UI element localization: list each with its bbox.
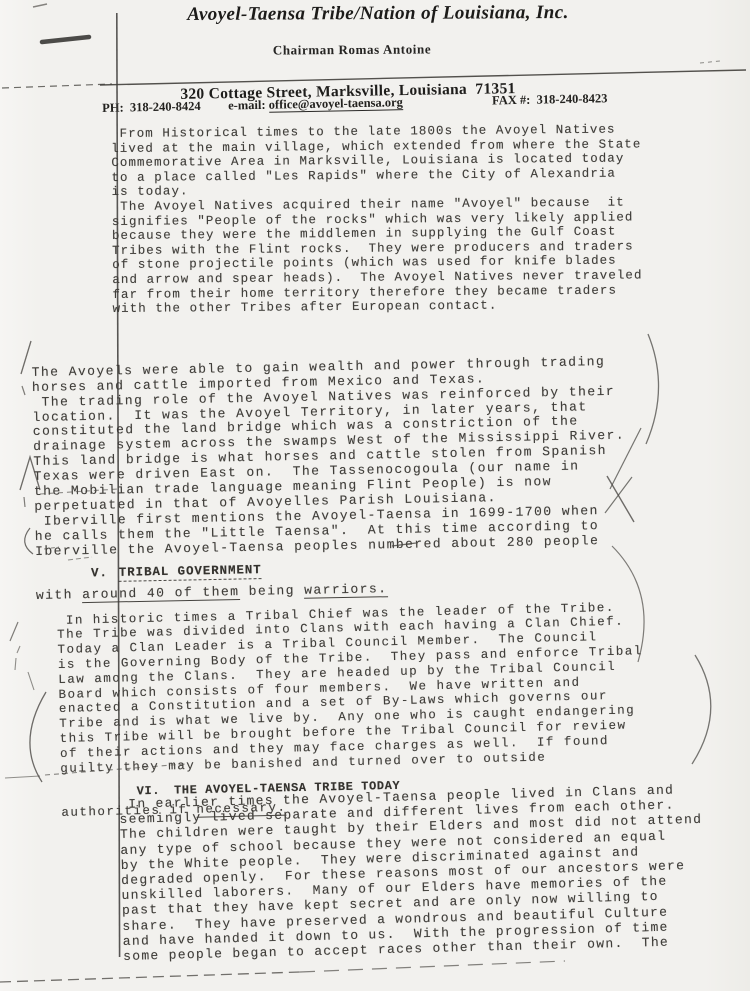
rule-dashed-left [2,84,112,88]
paragraph-tribe-today: In earlier times the Avoyel-Taensa peopl… [119,782,706,964]
paragraph-history: From Historical times to the late 1800s … [111,122,643,316]
pen-mark-paren [30,692,46,782]
pen-mark [22,386,25,395]
pen-mark-slash [10,622,18,641]
organization-name: Avoyel-Taensa Tribe/Nation of Louisiana,… [187,2,569,26]
email-label: e-mail: [228,98,269,113]
pen-mark-curve [25,528,33,554]
phone-number: PH: 318-240-8424 [102,99,201,116]
paragraph-trading-lines: The Avoyels were able to gain wealth and… [32,354,628,559]
pen-mark-dash [5,776,40,778]
rule-dash-right [700,61,720,63]
pen-mark-paren [692,655,711,764]
section-number: V. [91,566,108,580]
pen-mark [33,4,47,7]
pen-mark [28,672,34,690]
pen-mark-slash [21,341,31,374]
scanned-document-page: Avoyel-Taensa Tribe/Nation of Louisiana,… [0,0,750,991]
pen-mark [24,497,25,507]
email-group: e-mail: office@avoyel-taensa.org [228,95,403,113]
fax-number: FAX #: 318-240-8423 [492,91,608,108]
pen-mark [17,646,20,653]
pen-mark-bar [42,37,89,42]
bottom-scan-line [300,961,565,972]
chairman-line: Chairman Romas Antoine [273,41,431,58]
email-address: office@avoyel-taensa.org [269,95,403,113]
pen-mark [15,658,16,670]
bottom-scan-line [0,972,300,982]
pen-mark-paren [646,334,659,444]
paragraph-government-lines: In historic times a Tribal Chief was the… [57,600,646,777]
